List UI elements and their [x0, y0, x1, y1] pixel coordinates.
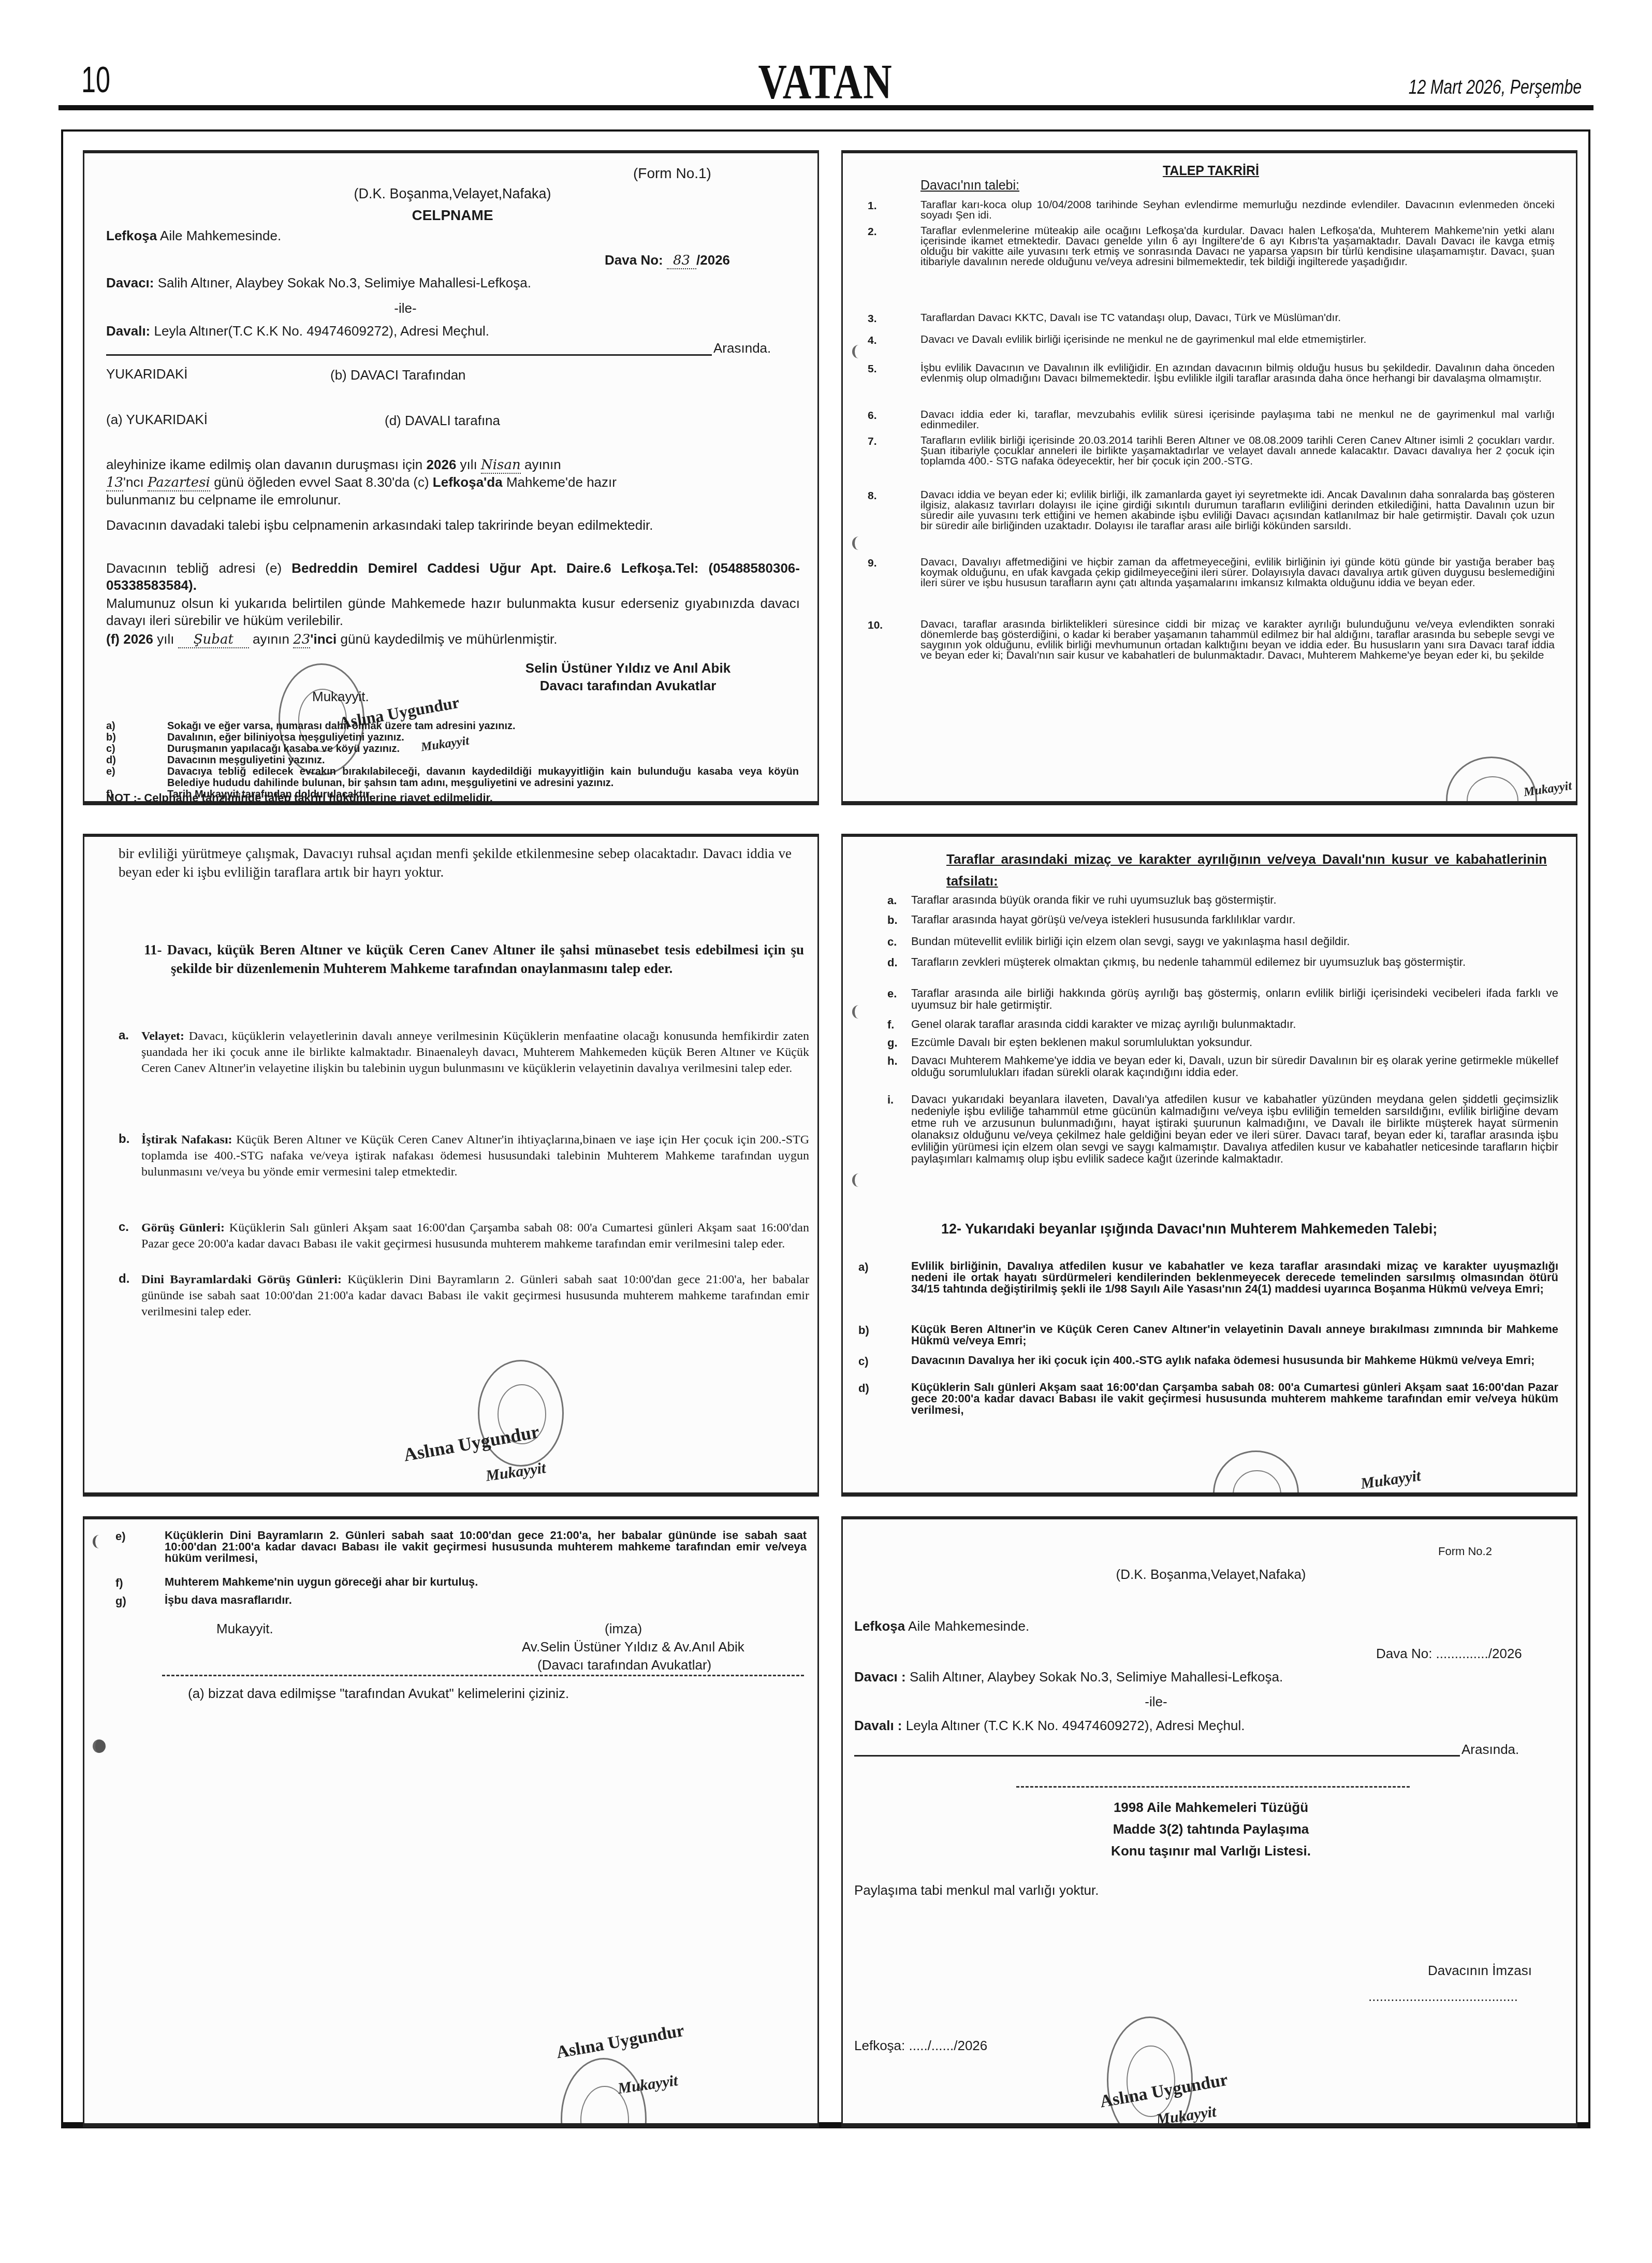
court-request-key: d) — [858, 1382, 869, 1395]
rule-title-line-1: 1998 Aile Mahkemeleri Tüzüğü — [843, 1799, 1577, 1816]
remaining-request-key: f) — [115, 1576, 123, 1590]
court-request-key: b) — [858, 1324, 869, 1337]
court-request-text: Küçüklerin Salı günleri Akşam saat 16:00… — [911, 1382, 1558, 1416]
remaining-request-text: Küçüklerin Dini Bayramların 2. Günleri s… — [165, 1530, 807, 1564]
arasinda-label: Arasında. — [713, 340, 771, 357]
arrangement-item-text: Görüş Günleri: Küçüklerin Salı günleri A… — [141, 1220, 809, 1252]
form-number: (Form No.1) — [633, 165, 711, 182]
registrar-label: Mukayyit. — [216, 1620, 273, 1637]
punch-hole-icon — [852, 536, 865, 550]
rule-title-line-3: Konu taşınır mal Varlığı Listesi. — [843, 1843, 1577, 1860]
sealed-date: (f) 2026 yılı Şubat ayının 23'inci günü … — [106, 631, 819, 648]
remaining-request-text: Muhterem Mahkeme'nin uygun göreceği ahar… — [165, 1576, 807, 1588]
fault-item-key: e. — [887, 987, 897, 1000]
document-title: CELPNAME — [84, 207, 819, 224]
instruction-note-text: Sokağı ve eğer varsa, numarası dahil olm… — [167, 720, 799, 732]
fault-item-key: h. — [887, 1054, 898, 1068]
claim-item-key: 9. — [868, 557, 877, 570]
footnote: (a) bizzat dava edilmişse "tarafından Av… — [188, 1685, 569, 1702]
instruction-note-text: Davalının, eğer biliniyorsa meşguliyetin… — [167, 732, 799, 743]
fault-item-text: Taraflar arasında büyük oranda fikir ve … — [911, 894, 1558, 906]
claim-item-text: Davacı ve Davalı evlilik birliği içerisi… — [920, 335, 1555, 345]
instruction-note-key: c) — [106, 743, 115, 755]
claim-item-key: 2. — [868, 226, 877, 238]
lawyer-names: Av.Selin Üstüner Yıldız & Av.Anıl Abik — [522, 1638, 744, 1656]
case-number: Dava No: ............../2026 — [1376, 1645, 1522, 1662]
document-celpname: (Form No.1) (D.K. Boşanma,Velayet,Nafaka… — [83, 150, 819, 805]
dashed-separator — [162, 1675, 804, 1676]
fault-item-key: d. — [887, 956, 898, 969]
newspaper-name: VATAN — [212, 53, 1440, 110]
document-page-5: e)Küçüklerin Dini Bayramların 2. Günleri… — [83, 1516, 819, 2127]
footnote: NOT :- Celpname tanziminde talep takriri… — [106, 789, 493, 805]
item-12-heading: 12- Yukarıdaki beyanlar ışığında Davacı'… — [941, 1220, 1562, 1238]
rule-title-line-2: Madde 3(2) tahtında Paylaşıma — [843, 1821, 1577, 1838]
punch-hole-icon — [93, 1739, 106, 1753]
document-talep-takriri: TALEP TAKRİRİ Davacı'nın talebi: 1.Taraf… — [841, 150, 1577, 805]
claim-item-text: Davacı iddia eder ki, taraflar, mevzubah… — [920, 410, 1555, 430]
court-request-text: Evlilik birliğinin, Davalıya atfedilen k… — [911, 1260, 1558, 1295]
arrangement-item-text: İştirak Nafakası: Küçük Beren Altıner ve… — [141, 1132, 809, 1180]
row-d-left: (a) YUKARIDAKİ — [106, 411, 208, 428]
instruction-note-text: Davacının meşguliyetini yazınız. — [167, 755, 799, 766]
claim-item-key: 8. — [868, 490, 877, 502]
arrangement-item-key: d. — [119, 1272, 129, 1286]
signature-label: Davacının İmzası — [1428, 1962, 1532, 1979]
claim-item-text: Davacı, Davalıyı affetmediğini ve hiçbir… — [920, 557, 1555, 588]
claim-item-text: Davacı iddia ve beyan eder ki; evlilik b… — [920, 490, 1555, 531]
instruction-note-key: e) — [106, 766, 115, 778]
fault-item-text: Davacı yukarıdaki beyanlara ilaveten, Da… — [911, 1093, 1558, 1165]
document-subtitle: Davacı'nın talebi: — [920, 177, 1019, 194]
court-request-key: a) — [858, 1260, 869, 1274]
versus-label: -ile- — [84, 300, 726, 317]
plaintiff: Davacı : Salih Altıner, Alaybey Sokak No… — [854, 1669, 1283, 1686]
arrangement-item-text: Dini Bayramlardaki Görüş Günleri: Küçükl… — [141, 1272, 809, 1320]
claim-item-key: 3. — [868, 313, 877, 325]
fault-item-key: c. — [887, 935, 897, 949]
instruction-note-key: a) — [106, 720, 115, 732]
claim-item-key: 7. — [868, 436, 877, 448]
registrar-stamp: Mukayyit — [1359, 1467, 1422, 1493]
claim-item-text: Taraflar karı-koca olup 10/04/2008 tarih… — [920, 200, 1555, 221]
instruction-note-key: b) — [106, 732, 116, 744]
page-number: 10 — [81, 59, 110, 100]
court-request-key: c) — [858, 1355, 869, 1368]
claim-item-key: 10. — [868, 619, 883, 632]
form-number: Form No.2 — [1438, 1543, 1492, 1560]
fault-item-text: Taraflar arasında hayat görüşü ve/veya i… — [911, 913, 1558, 925]
remaining-request-key: g) — [115, 1594, 126, 1608]
punch-hole-icon — [852, 1005, 865, 1019]
fault-item-key: a. — [887, 894, 897, 907]
punch-hole-icon — [93, 1535, 106, 1548]
fault-item-text: Tarafların zevkleri müşterek olmaktan çı… — [911, 956, 1558, 968]
defendant: Davalı: Leyla Altıner(T.C K.K No. 494746… — [106, 323, 489, 340]
signature-label: (imza) — [605, 1620, 642, 1637]
remaining-request-text: İşbu dava masraflarıdır. — [165, 1594, 807, 1606]
arrangement-item-key: c. — [119, 1220, 129, 1235]
court-request-text: Küçük Beren Altıner'in ve Küçük Ceren Ca… — [911, 1324, 1558, 1346]
signature-line: ........................................ — [1368, 1988, 1518, 2005]
registrar-label: Mukayyit. — [312, 688, 369, 705]
document-page-3: bir evliliği yürütmeye çalışmak, Davacıy… — [83, 834, 819, 1497]
item-11-heading: 11- Davacı, küçük Beren Altıner ve küçük… — [144, 940, 804, 978]
versus-label: -ile- — [843, 1693, 1469, 1710]
case-number: Dava No: 83/2026 — [605, 252, 730, 269]
arrangement-item-text: Velayet: Davacı, küçüklerin velayetlerin… — [141, 1028, 809, 1077]
fault-item-text: Genel olarak taraflar arasında ciddi kar… — [911, 1018, 1558, 1030]
defendant: Davalı : Leyla Altıner (T.C K.K No. 4947… — [854, 1717, 1245, 1734]
claim-item-key: 1. — [868, 200, 877, 212]
registrar-stamp: Mukayyit — [485, 1459, 547, 1485]
row-b-right: (b) DAVACI Tarafından — [330, 367, 466, 384]
masthead-rule — [59, 105, 1593, 110]
arrangement-item-key: a. — [119, 1028, 129, 1043]
court-name: Lefkoşa Aile Mahkemesinde. — [854, 1618, 1029, 1635]
faults-heading: Taraflar arasındaki mizaç ve karakter ay… — [946, 848, 1547, 892]
asset-statement: Paylaşıma tabi menkul mal varlığı yoktur… — [854, 1882, 1099, 1899]
fault-item-key: f. — [887, 1018, 894, 1032]
fault-item-key: i. — [887, 1093, 894, 1107]
court-name: Lefkoşa Aile Mahkemesinde. — [106, 227, 281, 244]
claim-item-key: 4. — [868, 335, 877, 347]
punch-hole-icon — [852, 1173, 865, 1187]
plaintiff: Davacı: Salih Altıner, Alaybey Sokak No.… — [106, 274, 531, 292]
certified-copy-stamp: Aslına Uygundur — [555, 2021, 686, 2063]
remaining-request-key: e) — [115, 1530, 126, 1543]
document-subtitle: (D.K. Boşanma,Velayet,Nafaka) — [84, 185, 819, 202]
claim-item-text: Davacı, taraflar arasında birliktelikler… — [920, 619, 1555, 661]
default-warning: Malumunuz olsun ki yukarıda belirtilen g… — [106, 595, 800, 629]
separator-line — [106, 354, 712, 356]
lawyer-names: Selin Üstüner Yıldız ve Anıl Abik — [483, 660, 773, 677]
claim-item-text: İşbu evlilik Davacının ve Davalının ilk … — [920, 363, 1555, 384]
request-note: Davacının davadaki talebi işbu celpnamen… — [106, 517, 748, 534]
fault-item-text: Taraflar arasında aile birliği hakkında … — [911, 987, 1558, 1011]
dashed-separator — [1016, 1786, 1410, 1788]
document-page-4: Taraflar arasındaki mizaç ve karakter ay… — [841, 834, 1577, 1497]
row-b-left: YUKARIDAKİ — [106, 366, 188, 383]
row-d-right: (d) DAVALI tarafına — [385, 412, 500, 429]
instruction-note-key: d) — [106, 755, 116, 766]
claim-item-key: 5. — [868, 363, 877, 375]
lawyer-role: (Davacı tarafından Avukatlar) — [537, 1657, 711, 1674]
arrangement-item-key: b. — [119, 1132, 129, 1147]
instruction-note-text: Davacıya tebliğ edilecek evrakın bırakıl… — [167, 766, 799, 789]
fault-item-text: Ezcümle Davalı bir eşten beklenen makul … — [911, 1036, 1558, 1048]
arasinda-label: Arasında. — [1461, 1741, 1519, 1758]
separator-line — [854, 1755, 1460, 1757]
service-address: Davacının tebliğ adresi (e) Bedreddin De… — [106, 560, 800, 594]
fault-item-key: g. — [887, 1036, 898, 1050]
claim-item-text: Taraflardan Davacı KKTC, Davalı ise TC v… — [920, 313, 1555, 323]
hearing-notice: aleyhinize ikame edilmiş olan davanın du… — [106, 456, 800, 509]
court-seal-icon — [1446, 757, 1537, 805]
fault-item-key: b. — [887, 913, 898, 927]
court-request-text: Davacının Davalıya her iki çocuk için 40… — [911, 1355, 1558, 1366]
fault-item-text: Bundan mütevellit evlilik birliği için e… — [911, 935, 1558, 947]
punch-hole-icon — [852, 345, 865, 358]
claim-item-text: Tarafların evlilik birliği içerisinde 20… — [920, 436, 1555, 467]
claim-item-key: 6. — [868, 410, 877, 422]
document-subtitle: (D.K. Boşanma,Velayet,Nafaka) — [843, 1566, 1577, 1583]
court-seal-icon — [1213, 1450, 1299, 1497]
claim-item-text: Taraflar evlenmelerine müteakip aile oca… — [920, 226, 1555, 267]
continuation-text: bir evliliği yürütmeye çalışmak, Davacıy… — [119, 844, 792, 881]
place-date: Lefkoşa: ...../....../2026 — [854, 2037, 987, 2054]
issue-date: 12 Mart 2026, Perşembe — [1408, 77, 1582, 99]
instruction-note-text: Duruşmanın yapılacağı kasaba ve köyü yaz… — [167, 743, 799, 755]
document-form-no-2: Form No.2 (D.K. Boşanma,Velayet,Nafaka) … — [841, 1516, 1577, 2127]
masthead: 10 VATAN 12 Mart 2026, Perşembe — [58, 52, 1593, 108]
lawyer-role: Davacı tarafından Avukatlar — [483, 677, 773, 694]
fault-item-text: Davacı Muhterem Mahkeme'ye iddia ve beya… — [911, 1054, 1558, 1078]
